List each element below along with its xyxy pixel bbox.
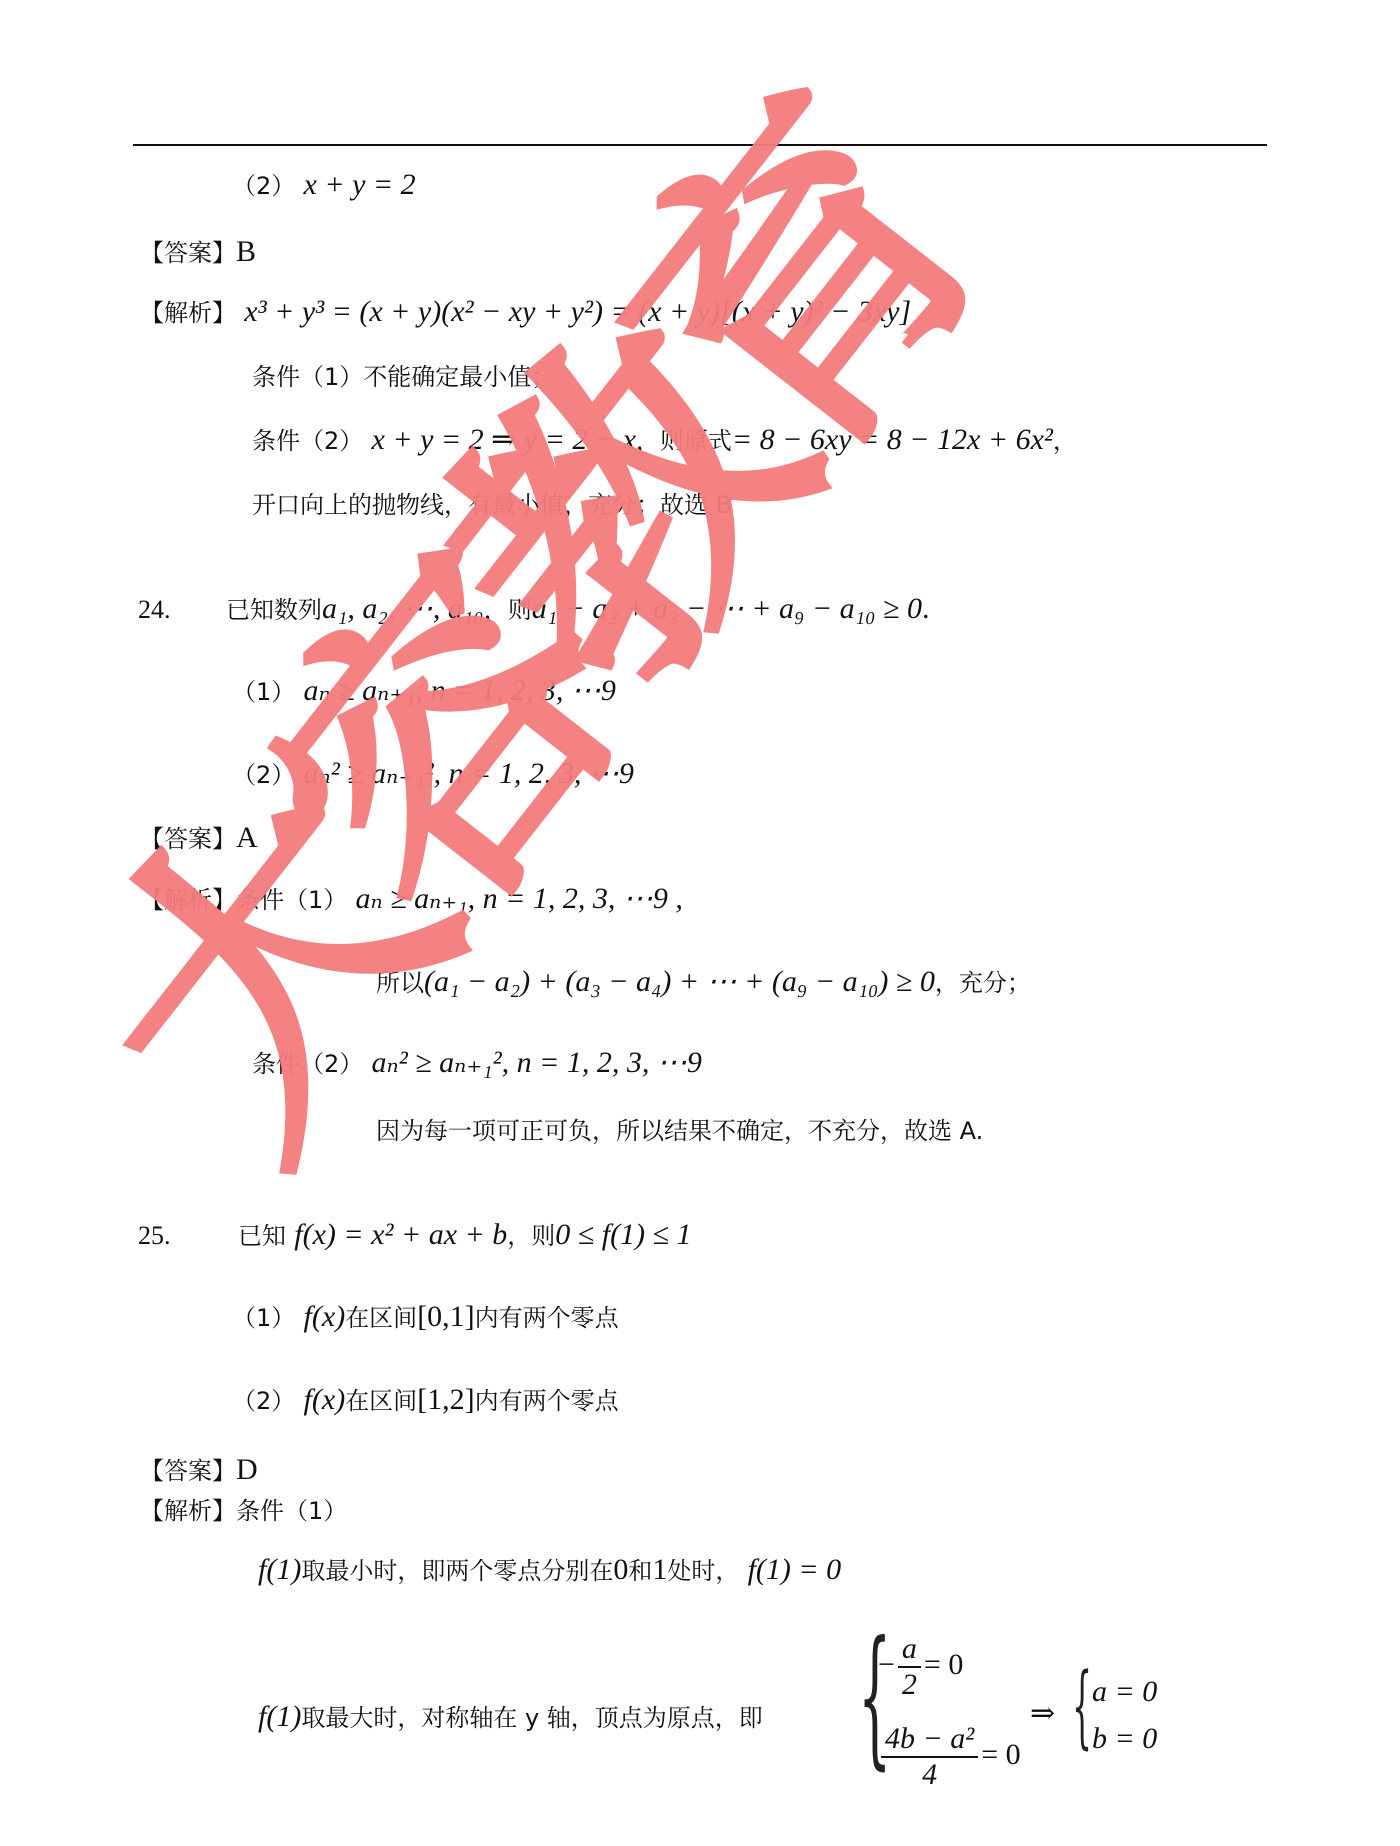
cond1-text2: 内有两个零点 — [475, 1304, 619, 1332]
cond1-fx: f(x) — [304, 1300, 346, 1333]
implies-symbol: ⇒ — [1030, 1697, 1055, 1730]
min-text2: 处时， — [667, 1557, 739, 1585]
max-text: 取最大时，对称轴在 y 轴，顶点为原点，即 — [301, 1704, 762, 1732]
min-text: 取最小时，即两个零点分别在 — [301, 1557, 613, 1585]
cond1-interval: [0,1] — [417, 1300, 474, 1333]
cond1-text: 条件（1）不能确定最小值； — [252, 363, 555, 391]
sum-prefix: 所以 — [376, 969, 424, 997]
fraction-a-over-2: a2 — [898, 1632, 921, 1702]
q24-condition-2: （2） aₙ² ≥ aₙ₊₁², n = 1, 2, 3, ⋯9 — [232, 757, 634, 792]
result-a-value: a = 0 — [1092, 1675, 1157, 1708]
system-eq-2: 4b − a²4= 0 — [878, 1722, 1021, 1792]
q24-analysis-cond2: 条件（2） aₙ² ≥ aₙ₊₁², n = 1, 2, 3, ⋯9 — [252, 1046, 702, 1081]
min-and: 和 — [628, 1557, 652, 1585]
cond2-expr: aₙ² ≥ aₙ₊₁², n = 1, 2, 3, ⋯9 — [304, 757, 634, 790]
q24-stem: 24.已知数列a₁, a₂, ⋯, a₁₀，则a₁ − a₂ + a₃ − ⋯ … — [138, 592, 929, 627]
min-result: f(1) = 0 — [748, 1553, 842, 1586]
stem-mid: ，则 — [484, 596, 532, 624]
q25-analysis-head: 【解析】条件（1） — [140, 1494, 347, 1528]
q23-cond2-label: （2） — [232, 172, 295, 200]
question-number: 25. — [138, 1219, 238, 1253]
cond2-fx: f(x) — [304, 1383, 346, 1416]
cond2-prefix: 条件（2） — [252, 1050, 363, 1078]
sum-expr: (a₁ − a₂) + (a₃ − a₄) + ⋯ + (a₉ − a₁₀) ≥… — [424, 965, 935, 998]
stem-end: . — [922, 592, 930, 625]
result-a: a = 0 — [1092, 1675, 1157, 1710]
stem-expression: a₁ − a₂ + a₃ − ⋯ + a₉ − a₁₀ ≥ 0 — [532, 592, 922, 625]
q24-answer: 【答案】A — [140, 821, 258, 856]
analysis-tag: 【解析】 — [140, 299, 236, 327]
q25-max-case: f(1)取最大时，对称轴在 y 轴，顶点为原点，即 — [258, 1700, 763, 1735]
cond1-expr: aₙ ≥ aₙ₊₁, n = 1, 2, 3, ⋯9 , — [356, 882, 683, 915]
denominator: 2 — [902, 1668, 917, 1702]
q23-analysis-cond1: 条件（1）不能确定最小值； — [252, 360, 555, 394]
stem-expression: f(x) = x² + ax + b — [294, 1218, 507, 1251]
cond1-expr: aₙ ≥ aₙ₊₁, n = 1, 2, 3, ⋯9 — [304, 674, 616, 707]
numerator: a — [898, 1632, 921, 1668]
q23-answer: 【答案】B — [140, 235, 256, 270]
cond2-prefix: 条件（2） — [252, 427, 363, 455]
min-fx: f(1) — [258, 1553, 301, 1586]
answer-tag: 【答案】 — [140, 239, 236, 267]
q24-analysis-sum: 所以(a₁ − a₂) + (a₃ − a₄) + ⋯ + (a₉ − a₁₀)… — [376, 965, 1031, 1000]
cond1-text1: 在区间 — [345, 1304, 417, 1332]
equals-zero: = 0 — [981, 1738, 1020, 1771]
minus-sign: − — [878, 1648, 895, 1681]
q23-analysis-formula: 【解析】 x³ + y³ = (x + y)(x² − xy + y²) = (… — [140, 295, 911, 330]
answer-tag: 【答案】 — [140, 1457, 236, 1485]
stem-sequence: a₁, a₂, ⋯, a₁₀ — [322, 592, 484, 625]
q24-condition-1: （1） aₙ ≥ aₙ₊₁, n = 1, 2, 3, ⋯9 — [232, 674, 616, 709]
q23-analysis-cond2: 条件（2） x + y = 2 ⇒ y = 2 − x，则原式= 8 − 6xy… — [252, 423, 1077, 458]
cond2-label: （2） — [232, 761, 295, 789]
cond1-label: （1） — [232, 1304, 295, 1332]
answer-value: A — [236, 821, 258, 854]
analysis-cond: 条件（1） — [236, 1497, 347, 1525]
stem-prefix: 已知数列 — [226, 596, 322, 624]
numerator: 4b − a² — [881, 1722, 978, 1758]
sum-end: ，充分； — [935, 969, 1031, 997]
cond2-text2: 内有两个零点 — [475, 1387, 619, 1415]
cond2-interval: [1,2] — [417, 1383, 474, 1416]
answer-value: B — [236, 235, 256, 268]
min-one: 1 — [652, 1553, 667, 1586]
question-number: 24. — [138, 593, 226, 627]
q23-conclusion: 开口向上的抛物线，有最小值，充分；故选 B — [252, 488, 732, 522]
cond1-prefix: 条件（1） — [236, 886, 347, 914]
cond2-math1: x + y = 2 ⇒ y = 2 − x — [372, 423, 636, 456]
q24-analysis-conclusion: 因为每一项可正可负，所以结果不确定，不充分，故选 A. — [376, 1114, 983, 1148]
q25-answer: 【答案】D — [140, 1453, 258, 1488]
q25-condition-1: （1） f(x)在区间[0,1]内有两个零点 — [232, 1300, 619, 1335]
stem-range: 0 ≤ f(1) ≤ 1 — [555, 1218, 691, 1251]
q23-condition-2: （2） x + y = 2 — [232, 168, 416, 203]
analysis-tag: 【解析】 — [140, 1497, 236, 1525]
equals-zero: = 0 — [924, 1648, 963, 1681]
max-fx: f(1) — [258, 1700, 301, 1733]
cond2-text1: 在区间 — [345, 1387, 417, 1415]
cond2-mid: ，则原式 — [636, 427, 732, 455]
factor-formula: x³ + y³ = (x + y)(x² − xy + y²) = (x + y… — [244, 295, 911, 328]
result-b-value: b = 0 — [1092, 1722, 1157, 1755]
implies-arrow-icon: ⇒ — [1030, 1697, 1055, 1732]
q24-analysis-cond1: 【解析】条件（1） aₙ ≥ aₙ₊₁, n = 1, 2, 3, ⋯9 , — [140, 882, 683, 917]
q25-stem: 25.已知 f(x) = x² + ax + b，则0 ≤ f(1) ≤ 1 — [138, 1218, 692, 1253]
min-zero: 0 — [613, 1553, 628, 1586]
header-rule — [133, 144, 1267, 146]
fraction-discriminant: 4b − a²4 — [881, 1722, 978, 1792]
analysis-tag: 【解析】 — [140, 886, 236, 914]
cond1-label: （1） — [232, 678, 295, 706]
cond2-expr: aₙ² ≥ aₙ₊₁², n = 1, 2, 3, ⋯9 — [372, 1046, 702, 1079]
denominator: 4 — [922, 1758, 937, 1792]
cond2-math2: = 8 − 6xy = 8 − 12x + 6x² — [732, 423, 1053, 456]
answer-value: D — [236, 1453, 258, 1486]
cond2-end: ， — [1053, 427, 1077, 455]
stem-mid: ，则 — [507, 1222, 555, 1250]
cond2-label: （2） — [232, 1387, 295, 1415]
answer-tag: 【答案】 — [140, 825, 236, 853]
result-b: b = 0 — [1092, 1722, 1157, 1757]
q25-condition-2: （2） f(x)在区间[1,2]内有两个零点 — [232, 1383, 619, 1418]
system-eq-1: −a2= 0 — [878, 1632, 963, 1702]
q23-cond2-expr: x + y = 2 — [304, 168, 416, 201]
left-brace-small-icon: { — [1072, 1662, 1092, 1752]
q25-min-case: f(1)取最小时，即两个零点分别在0和1处时， f(1) = 0 — [258, 1553, 841, 1588]
stem-prefix: 已知 — [238, 1222, 286, 1250]
conclusion-text: 因为每一项可正可负，所以结果不确定，不充分，故选 A. — [376, 1117, 983, 1145]
conclusion-text: 开口向上的抛物线，有最小值，充分；故选 B — [252, 491, 732, 519]
